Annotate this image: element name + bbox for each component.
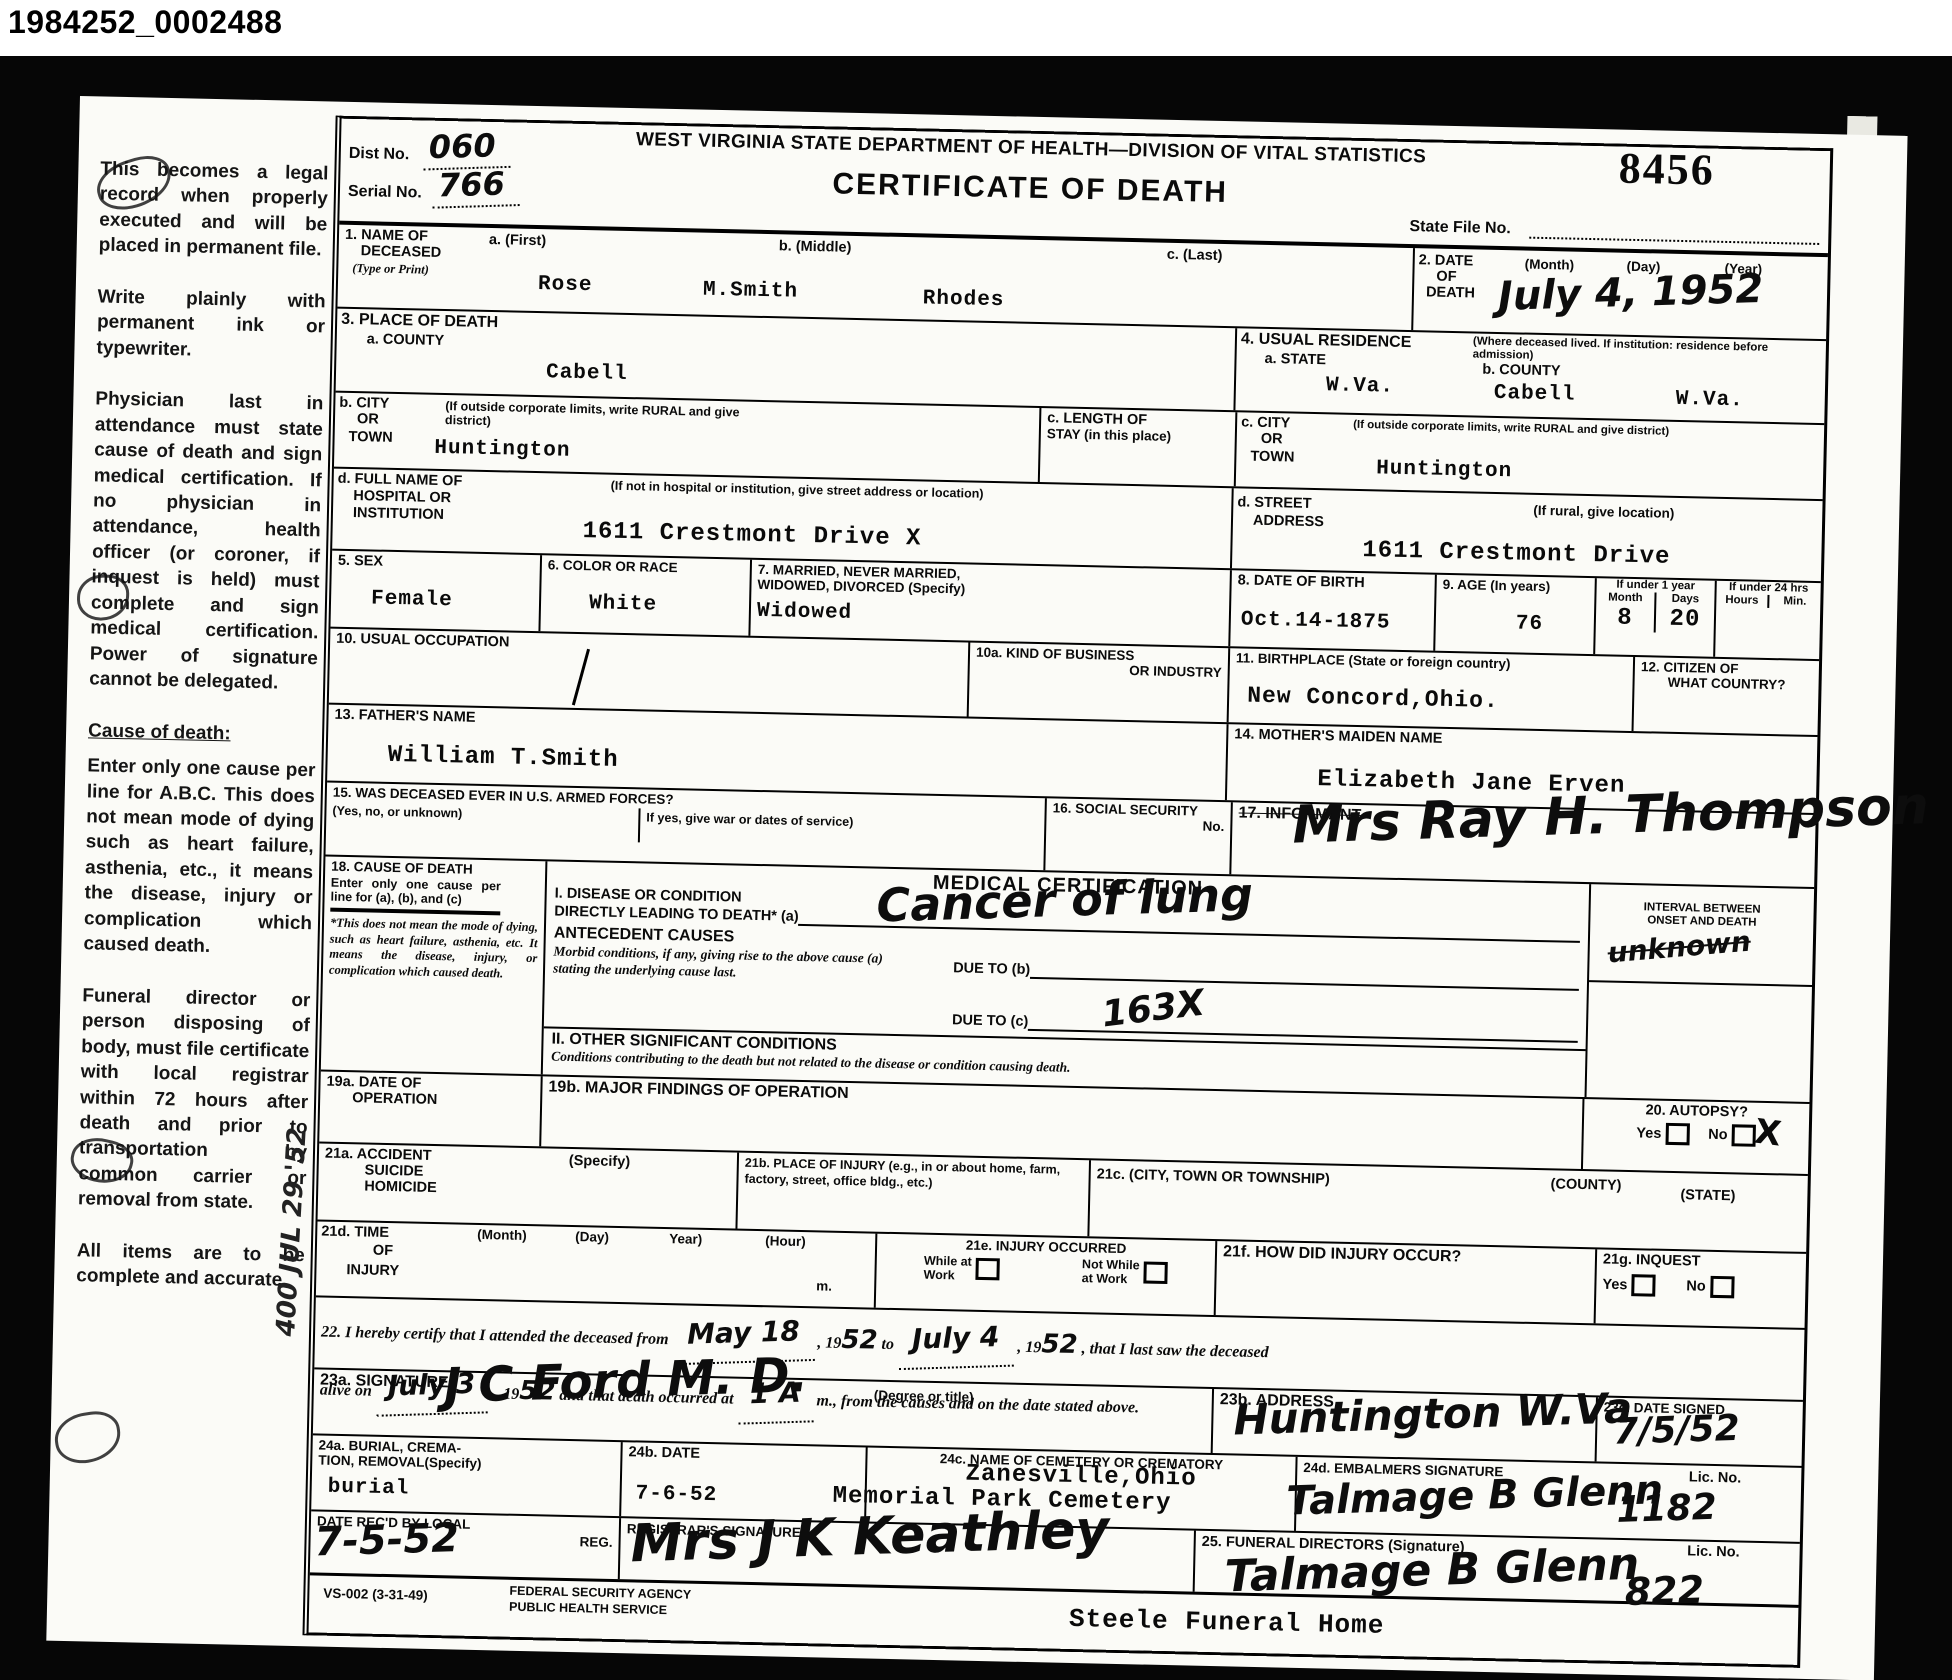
field-street-address: d. STREET ADDRESS (If rural, give locati… (1232, 488, 1823, 581)
sex-label: 5. SEX (338, 553, 534, 574)
name-first-value: Rose (538, 273, 593, 297)
dob-label: 8. DATE OF BIRTH (1238, 572, 1429, 592)
field-date-of-death: 2. DATE OF DEATH (Month) (Day) (Year) Ju… (1413, 248, 1828, 339)
field-burial-type: 24a. BURIAL, CREMA- TION, REMOVAL(Specif… (311, 1435, 623, 1516)
serial-no-label: Serial No. (348, 183, 422, 203)
name-sub-last: c. (Last) (1167, 247, 1223, 264)
signature-label: 23a. SIGNATURE (320, 1372, 449, 1392)
due-to-b-label: DUE TO (b) (953, 961, 1030, 979)
inquest-yes-label: Yes (1602, 1277, 1627, 1294)
funeral-director-lic-value: 822 (1624, 1568, 1705, 1614)
margin-paragraph-6: All items are to be complete and accurat… (76, 1238, 305, 1294)
field-accident-suicide-homicide: 21a. ACCIDENT SUICIDE HOMICIDE (Specify) (318, 1143, 740, 1228)
margin-paragraph-3: Physician last in attendance must state … (89, 387, 324, 697)
injury-county-label: (COUNTY) (1550, 1176, 1621, 1194)
degree-or-title-label: (Degree or title) (874, 1388, 974, 1405)
name-sub-first: a. (First) (489, 232, 547, 249)
state-file-no-blank (1529, 221, 1819, 245)
field-city-or-town: b. CITY OR TOWN (If outside corporate li… (334, 393, 1041, 482)
cause-instruction-1: Enter only one cause per line for (a), (… (330, 876, 501, 916)
field-marital-status: 7. MARRIED, NEVER MARRIED, WIDOWED, DIVO… (750, 560, 1232, 646)
inquest-no-label: No (1686, 1279, 1706, 1295)
interval-divider (1589, 980, 1812, 987)
certify-text-2: , 19 (817, 1334, 841, 1352)
how-injury-label: 21f. HOW DID INJURY OCCUR? (1223, 1243, 1589, 1269)
under1-days-label: Days (1656, 592, 1714, 606)
place-of-injury-label: 21b. PLACE OF INJURY (e.g., in or about … (744, 1155, 1083, 1195)
toi-day-label: (Day) (575, 1229, 609, 1245)
toi-year-label: Year) (669, 1231, 702, 1247)
row-medical-certification: 18. CAUSE OF DEATH Enter only one cause … (321, 857, 1814, 1104)
pen-scribble (51, 1408, 124, 1467)
city-note: (If outside corporate limits, write RURA… (445, 399, 776, 434)
occupation-pen-mark (572, 649, 590, 706)
residence-state2-value: W.Va. (1676, 388, 1745, 412)
field-birthplace: 11. BIRTHPLACE (State or foreign country… (1229, 648, 1636, 731)
residence-state-label: a. STATE (1264, 351, 1326, 369)
city-label-2: OR (357, 411, 379, 428)
residence-county-value: Cabell (1494, 382, 1576, 407)
toi-label-2: OF (373, 1243, 393, 1260)
residence-county-label: b. COUNTY (1482, 362, 1560, 380)
name-label-2: DECEASED (361, 243, 442, 261)
physician-signature: J C Ford M. D. (443, 1347, 809, 1414)
field-kind-of-business: 10a. KIND OF BUSINESS OR INDUSTRY (969, 643, 1231, 723)
pod-label: 3. PLACE OF DEATH (341, 311, 498, 332)
field-injury-occurred: 21e. INJURY OCCURRED While atWork Not Wh… (876, 1234, 1218, 1315)
city-label-1: b. CITY (339, 395, 389, 412)
toi-month-label: (Month) (477, 1227, 527, 1243)
agency-line-1: FEDERAL SECURITY AGENCY (509, 1584, 691, 1602)
stay-label-2: STAY (in this place) (1047, 426, 1229, 445)
inquest-no-checkbox (1710, 1276, 1734, 1299)
rescity-label-1: c. CITY (1241, 414, 1290, 431)
field-informant: 17. INFORMANT Mrs Ray H. Thompson (1231, 802, 1815, 887)
state-file-no-label: State File No. (1409, 218, 1511, 238)
field-autopsy: 20. AUTOPSY? Yes No X (1583, 1099, 1809, 1174)
street-label-2: ADDRESS (1253, 513, 1324, 531)
name-sub-middle: b. (Middle) (779, 238, 852, 256)
while-at-work-checkbox (975, 1258, 999, 1281)
field-cause-of-death-instructions: 18. CAUSE OF DEATH Enter only one cause … (321, 857, 548, 1075)
burial-date-value: 7-6-52 (635, 1482, 717, 1507)
marital-value: Widowed (757, 600, 853, 625)
residence-state-value: W.Va. (1326, 374, 1395, 398)
field-time-of-injury: 21d. TIME OF INJURY (Month) (Day) Year) … (316, 1221, 877, 1307)
hospital-value: 1611 Crestmont Drive X (582, 518, 921, 552)
under1-month-value: 8 (1596, 604, 1655, 632)
serial-no-value: 766 (431, 164, 519, 209)
operation-label-2: OPERATION (352, 1090, 534, 1110)
ssn-label-2: No. (1052, 815, 1224, 834)
scanner-background: This becomes a legal record when properl… (0, 56, 1952, 1680)
inquest-label: 21g. INQUEST (1603, 1252, 1800, 1273)
name-middle-value: M.Smith (703, 279, 799, 304)
field-usual-residence: 4. USUAL RESIDENCE (Where deceased lived… (1235, 328, 1826, 423)
certify-from-year: 52 (841, 1325, 878, 1356)
date-received-value: 7-5-52 (314, 1515, 460, 1565)
field-under-24-hrs: If under 24 hrs Hours Min. (1715, 581, 1821, 659)
field-address: 23b. ADDRESS Huntington W.Va (1213, 1389, 1598, 1461)
name-label-1: 1. NAME OF (345, 227, 428, 245)
dod-value: July 4, 1952 (1497, 266, 1764, 320)
certificate-title: CERTIFICATE OF DEATH (640, 163, 1421, 214)
field-inquest: 21g. INQUEST Yes No (1596, 1249, 1807, 1328)
accident-specify-label: (Specify) (569, 1153, 631, 1171)
certify-text-3: to (881, 1336, 894, 1353)
rescity-note: (If outside corporate limits, write RURA… (1353, 419, 1683, 439)
certificate-number: 8456 (1618, 143, 1715, 196)
certify-text-4: , 19 (1017, 1339, 1041, 1357)
field-embalmer: 24d. EMBALMERS SIGNATURE Lic. No. Talmag… (1296, 1457, 1801, 1542)
race-label: 6. COLOR OR RACE (548, 557, 744, 576)
age-value: 76 (1516, 612, 1544, 636)
hospital-label-1: d. FULL NAME OF (338, 471, 463, 490)
rescity-label-2: OR (1261, 431, 1283, 448)
scan-id-label: 1984252_0002488 (8, 4, 282, 41)
street-note: (If rural, give location) (1533, 503, 1674, 521)
race-value: White (589, 592, 658, 616)
field-injury-city: 21c. (CITY, TOWN OR TOWNSHIP) (COUNTY) (… (1089, 1160, 1807, 1252)
inquest-yes-checkbox (1632, 1274, 1656, 1297)
while-at-label-1: While at (924, 1254, 972, 1269)
field-date-received: DATE REC'D BY LOCAL REG. 7-5-52 (310, 1511, 621, 1579)
rescity-label-3: TOWN (1250, 449, 1294, 466)
hospital-note: (If not in hospital or institution, give… (543, 477, 983, 501)
margin-paragraph-2: Write plainly with permanent ink or type… (96, 284, 326, 365)
citizen-label-2: WHAT COUNTRY? (1640, 674, 1812, 693)
certificate-form: Dist No. 060 Serial No. 766 WEST VIRGINI… (302, 116, 1833, 1668)
autopsy-yes-label: Yes (1636, 1126, 1661, 1143)
autopsy-yes-checkbox (1666, 1123, 1690, 1146)
field-date-of-operation: 19a. DATE OF OPERATION (319, 1071, 542, 1146)
dist-no-label: Dist No. (349, 145, 410, 164)
under24-min-label: Min. (1769, 595, 1820, 609)
toi-hour-label: (Hour) (765, 1233, 806, 1249)
residence-label: 4. USUAL RESIDENCE (1241, 330, 1412, 352)
embalmer-lic-label: Lic. No. (1689, 1469, 1742, 1486)
under1-days-value: 20 (1656, 605, 1715, 633)
city-value: Huntington (434, 437, 571, 463)
field-length-of-stay: c. LENGTH OF STAY (in this place) (1040, 408, 1238, 486)
antecedent-note: Morbid conditions, if any, giving rise t… (553, 942, 894, 985)
dod-month-label: (Month) (1525, 257, 1575, 273)
forces-sub-1: (Yes, no, or unknown) (326, 802, 641, 843)
field-citizen-of: 12. CITIZEN OF WHAT COUNTRY? (1634, 657, 1820, 735)
burial-date-label: 24b. DATE (628, 1444, 859, 1465)
margin-paragraph-4: Enter only one cause per line for A.B.C.… (83, 753, 315, 962)
hospital-label-3: INSTITUTION (353, 505, 444, 523)
agency-line-2: PUBLIC HEALTH SERVICE (509, 1600, 667, 1617)
pod-county-label: a. COUNTY (367, 331, 445, 349)
street-label-1: d. STREET (1237, 494, 1311, 512)
autopsy-no-label: No (1708, 1127, 1728, 1143)
field-place-of-injury: 21b. PLACE OF INJURY (e.g., in or about … (737, 1153, 1091, 1237)
cause-instruction-2: *This does not mean the mode of dying, s… (329, 916, 538, 983)
pod-county-value: Cabell (546, 361, 628, 386)
father-value: William T.Smith (387, 742, 619, 774)
due-to-c-label: DUE TO (c) (952, 1013, 1029, 1031)
dob-value: Oct.14-1875 (1241, 608, 1391, 634)
certificate-paper: This becomes a legal record when properl… (46, 96, 1907, 1680)
toi-m-label: m. (816, 1278, 832, 1293)
injury-state-label: (STATE) (1680, 1187, 1735, 1204)
field-medical-certification-body: MEDICAL CERTIFICATION I. DISEASE OR COND… (543, 861, 1589, 1097)
form-number: VS-002 (3-31-49) (323, 1586, 428, 1603)
dod-label-2: OF (1436, 269, 1456, 286)
field-registrar-signature: REGISTRAR'S SIGNATURE Mrs J K Keathley (620, 1518, 1196, 1592)
name-last-value: Rhodes (923, 287, 1005, 312)
not-while-label-1: Not While (1082, 1257, 1140, 1272)
field-usual-occupation: 10. USUAL OCCUPATION (329, 629, 970, 717)
field-sex: 5. SEX Female (330, 551, 542, 632)
interval-value: unknown (1606, 925, 1752, 970)
not-while-at-work-checkbox (1143, 1262, 1167, 1285)
dod-label-1: 2. DATE (1419, 252, 1474, 269)
cause-label: 18. CAUSE OF DEATH (331, 859, 539, 879)
street-value: 1611 Crestmont Drive (1362, 537, 1671, 571)
field-interval-onset-death: INTERVAL BETWEEN ONSET AND DEATH unknown (1585, 884, 1815, 1102)
certify-text-1: 22. I hereby certify that I attended the… (321, 1324, 669, 1349)
field-how-injury-occurred: 21f. HOW DID INJURY OCCUR? (1216, 1241, 1598, 1323)
under24-hours-label: Hours (1716, 594, 1767, 608)
funeral-home-name: Steele Funeral Home (1069, 1604, 1385, 1641)
age-label: 9. AGE (In years) (1443, 577, 1589, 595)
burial-value: burial (327, 1476, 409, 1501)
margin-cause-heading: Cause of death: (88, 718, 317, 748)
due-to-b-line (1030, 961, 1579, 991)
field-color-race: 6. COLOR OR RACE White (540, 555, 752, 636)
field-age: 9. AGE (In years) 76 (1435, 575, 1597, 654)
sex-value: Female (371, 587, 453, 612)
toi-label-3: INJURY (346, 1262, 399, 1279)
certify-to-date: July 4 (897, 1309, 1014, 1370)
birthplace-value: New Concord,Ohio. (1247, 683, 1499, 714)
toi-label-1: 21d. TIME (321, 1224, 389, 1242)
hospital-label-2: HOSPITAL OR (353, 488, 451, 506)
field-social-security: 16. SOCIAL SECURITY No. (1045, 798, 1233, 874)
field-under-1-year: If under 1 year Month 8 Days 20 (1595, 578, 1717, 657)
while-at-label-2: Work (923, 1268, 971, 1283)
not-while-label-2: at Work (1082, 1271, 1140, 1286)
field-armed-forces: 15. WAS DECEASED EVER IN U.S. ARMED FORC… (326, 783, 1047, 871)
certify-to-year: 52 (1041, 1329, 1078, 1360)
field-residence-city: c. CITY OR TOWN (If outside corporate li… (1236, 412, 1824, 499)
field-date-of-birth: 8. DATE OF BIRTH Oct.14-1875 (1230, 570, 1437, 650)
rescity-value: Huntington (1376, 457, 1513, 483)
name-label-3: (Type or Print) (352, 261, 429, 277)
field-funeral-director: 25. FUNERAL DIRECTORS (Signature) Lic. N… (1195, 1531, 1800, 1605)
dod-label-3: DEATH (1426, 284, 1475, 301)
city-label-3: TOWN (348, 429, 392, 446)
certify-text-5: , that I last saw the deceased (1081, 1340, 1268, 1361)
funeral-director-lic-label: Lic. No. (1687, 1543, 1740, 1560)
under1-month-label: Month (1596, 591, 1654, 605)
scan-header-strip: 1984252_0002488 (0, 0, 1952, 56)
injury-city-label: 21c. (CITY, TOWN OR TOWNSHIP) (1097, 1166, 1330, 1187)
autopsy-no-x-mark: X (1752, 1112, 1783, 1155)
